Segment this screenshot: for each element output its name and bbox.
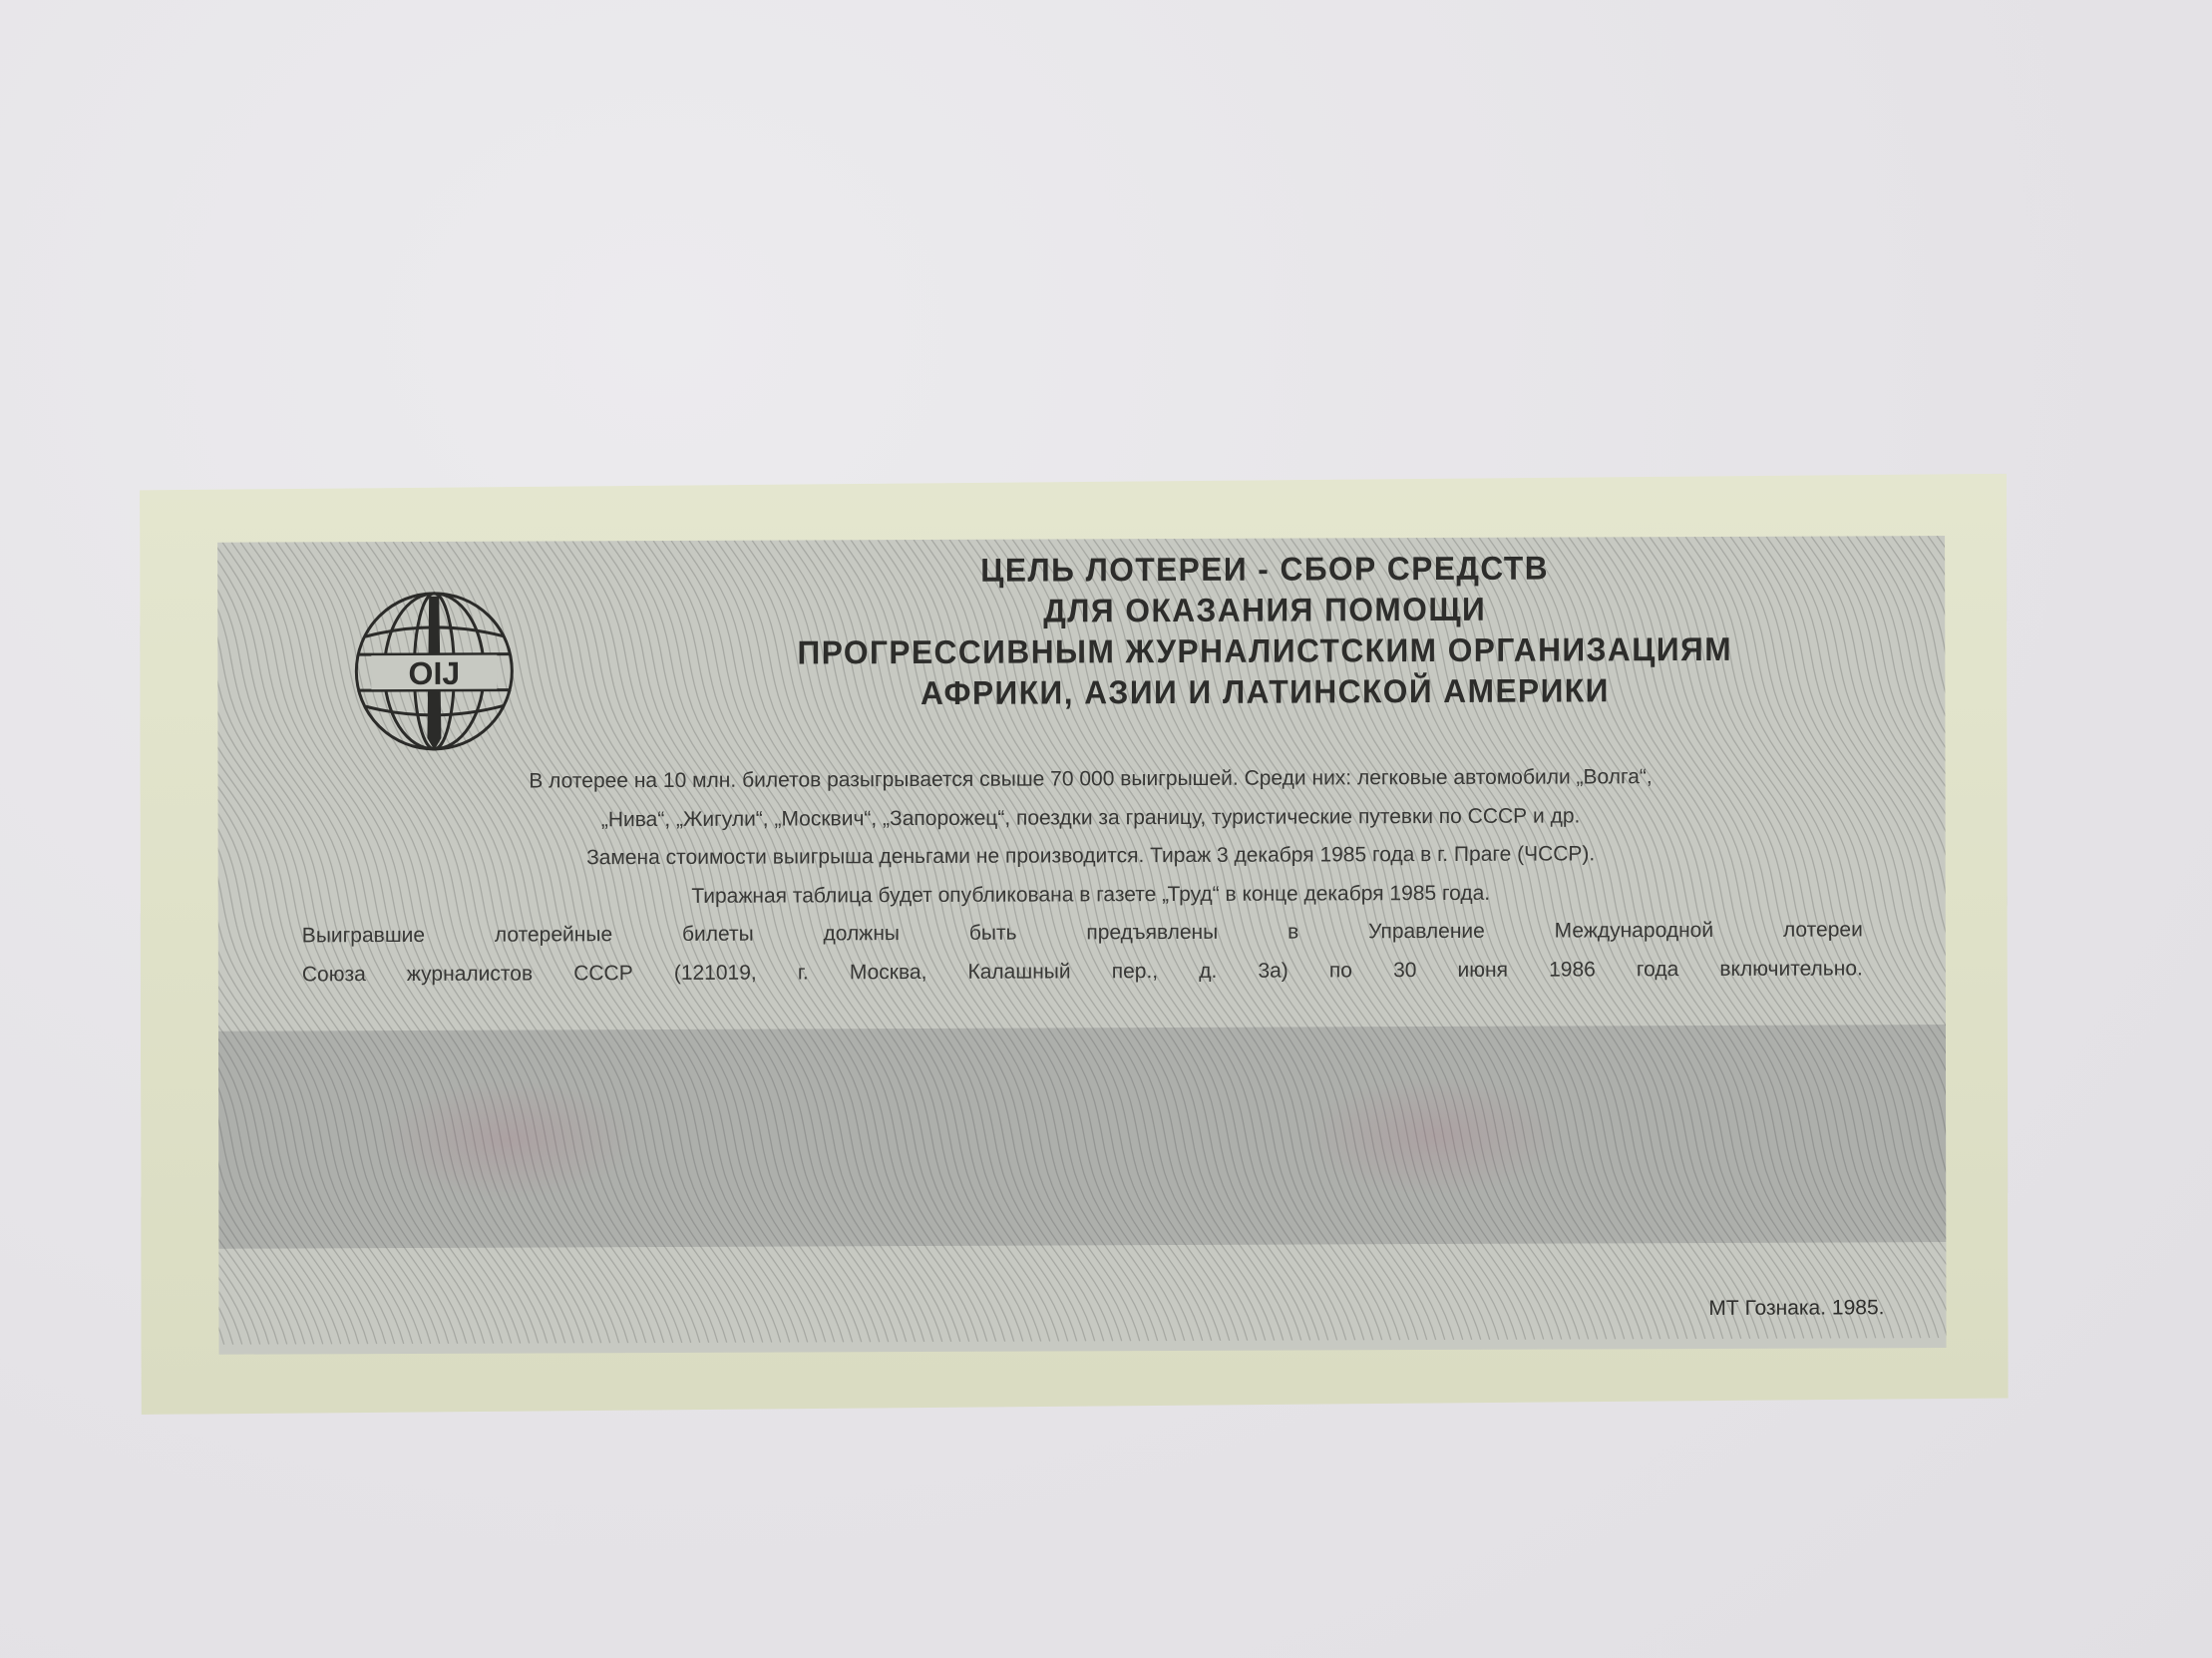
globe-pen-icon: OIJ	[351, 589, 517, 755]
heading-line: АФРИКИ, АЗИИ И ЛАТИНСКОЙ АМЕРИКИ	[662, 668, 1869, 714]
svg-text:OIJ: OIJ	[409, 655, 461, 691]
ticket-terms: В лотерее на 10 млн. билетов разыгрывает…	[277, 757, 1903, 994]
heading-line: ЦЕЛЬ ЛОТЕРЕИ - СБОР СРЕДСТВ	[661, 546, 1868, 592]
ticket-heading: ЦЕЛЬ ЛОТЕРЕИ - СБОР СРЕДСТВ ДЛЯ ОКАЗАНИЯ…	[636, 546, 1893, 714]
terms-line: В лотерее на 10 млн. билетов разыгрывает…	[277, 757, 1903, 802]
terms-line: Тиражная таблица будет опубликована в га…	[278, 873, 1904, 918]
heading-line: ПРОГРЕССИВНЫМ ЖУРНАЛИСТСКИМ ОРГАНИЗАЦИЯМ	[661, 627, 1868, 673]
terms-line: Выигравшие лотерейные билеты должны быть…	[278, 911, 1863, 956]
lottery-ticket: OIJ ЦЕЛЬ ЛОТЕРЕИ - СБОР СРЕДСТВ ДЛЯ ОКАЗ…	[140, 474, 2009, 1415]
terms-line: „Нива“, „Жигули“, „Москвич“, „Запорожец“…	[278, 796, 1904, 841]
guilloche-panel: OIJ ЦЕЛЬ ЛОТЕРЕИ - СБОР СРЕДСТВ ДЛЯ ОКАЗ…	[217, 536, 1946, 1355]
heading-line: ДЛЯ ОКАЗАНИЯ ПОМОЩИ	[661, 587, 1868, 632]
faded-print-mark	[378, 1079, 637, 1200]
faded-print-mark	[1305, 1076, 1565, 1197]
terms-line: Замена стоимости выигрыша деньгами не пр…	[278, 834, 1904, 879]
terms-line: Союза журналистов СССР (121019, г. Москв…	[278, 950, 1863, 995]
printer-imprint: МТ Гознака. 1985.	[1708, 1296, 1884, 1321]
